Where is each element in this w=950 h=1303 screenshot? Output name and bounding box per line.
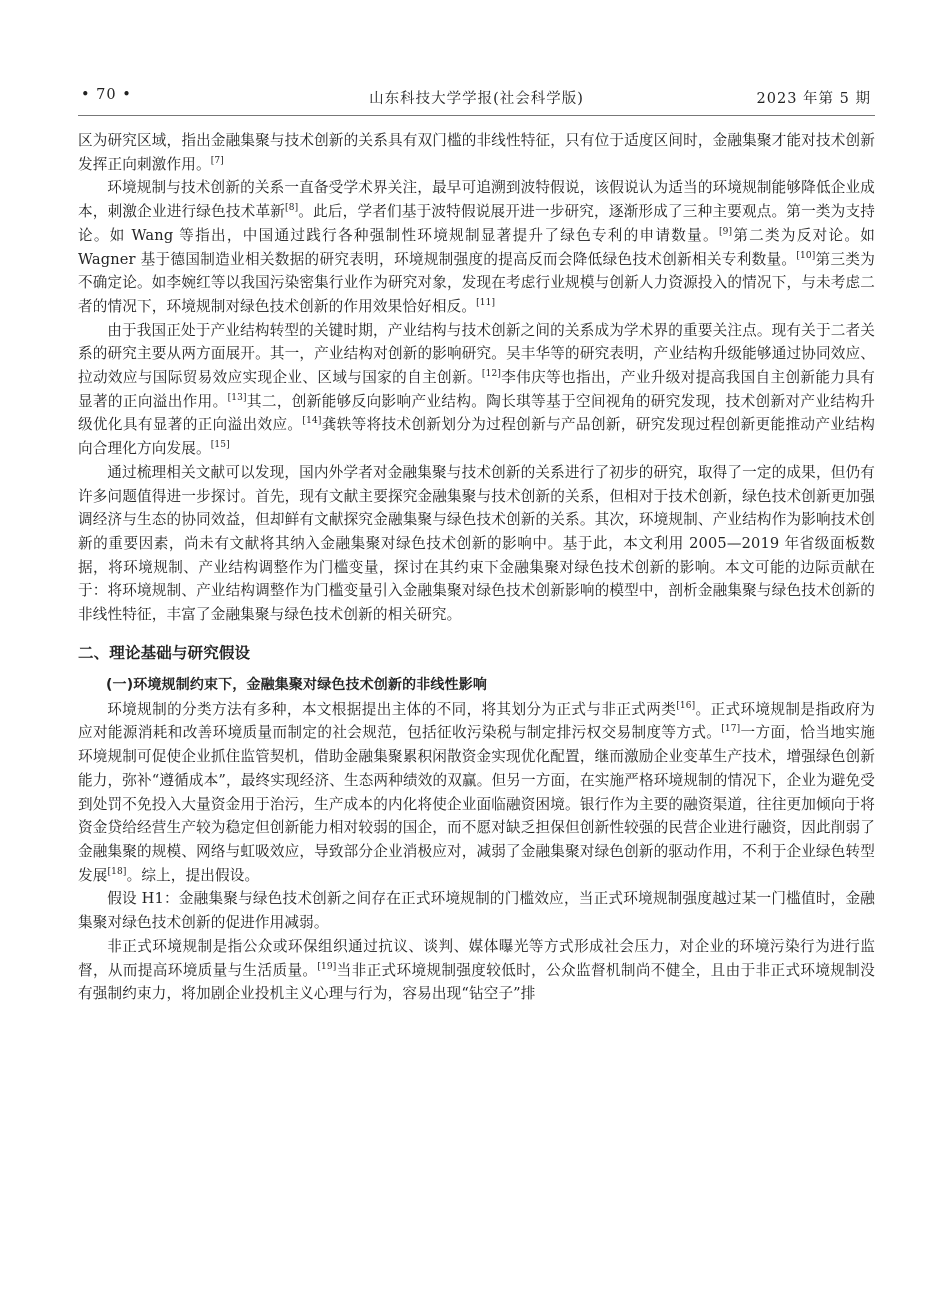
hypothesis-h1: 假设 H1：金融集聚与绿色技术创新之间存在正式环境规制的门槛效应，当正式环境规制… (78, 887, 875, 934)
paragraph-text: 一方面，恰当地实施环境规制可促使企业抓住监管契机，借助金融集聚累积闲散资金实现优… (78, 724, 875, 883)
citation: [13] (228, 393, 247, 403)
citation: [8] (285, 203, 298, 213)
section-heading: 二、理论基础与研究假设 (78, 642, 875, 664)
issue-label: 2023 年第 5 期 (757, 87, 871, 108)
citation: [12] (482, 369, 501, 379)
paragraph-text: 。综上，提出假设。 (127, 867, 260, 884)
citation: [15] (211, 440, 230, 450)
citation: [9] (719, 227, 732, 237)
citation: [14] (302, 416, 321, 426)
paragraph: 非正式环境规制是指公众或环保组织通过抗议、谈判、媒体曝光等方式形成社会压力，对企… (78, 935, 875, 1006)
citation: [10] (796, 251, 815, 261)
header-rule (78, 115, 875, 116)
paragraph-text: 区为研究区域，指出金融集聚与技术创新的关系具有双门槛的非线性特征，只有位于适度区… (78, 132, 875, 173)
article-body: 区为研究区域，指出金融集聚与技术创新的关系具有双门槛的非线性特征，只有位于适度区… (78, 129, 875, 1006)
paragraph: 区为研究区域，指出金融集聚与技术创新的关系具有双门槛的非线性特征，只有位于适度区… (78, 129, 875, 176)
journal-title: 山东科技大学学报(社会科学版) (78, 87, 875, 108)
subsection-heading: (一)环境规制约束下，金融集聚对绿色技术创新的非线性影响 (78, 674, 875, 696)
paragraph: 环境规制的分类方法有多种，本文根据提出主体的不同，将其划分为正式与非正式两类[1… (78, 698, 875, 888)
paragraph: 环境规制与技术创新的关系一直备受学术界关注，最早可追溯到波特假说，该假说认为适当… (78, 176, 875, 318)
citation: [16] (676, 701, 695, 711)
paragraph: 通过梳理相关文献可以发现，国内外学者对金融集聚与技术创新的关系进行了初步的研究，… (78, 461, 875, 627)
citation: [17] (721, 724, 740, 734)
citation: [7] (211, 156, 224, 166)
paragraph: 由于我国正处于产业结构转型的关键时期，产业结构与技术创新之间的关系成为学术界的重… (78, 319, 875, 461)
citation: [11] (476, 298, 495, 308)
citation: [18] (108, 867, 127, 877)
citation: [19] (317, 962, 336, 972)
journal-page: • 70 • 山东科技大学学报(社会科学版) 2023 年第 5 期 区为研究区… (78, 84, 875, 1006)
paragraph-text: 环境规制的分类方法有多种，本文根据提出主体的不同，将其划分为正式与非正式两类 (107, 701, 676, 718)
running-header: • 70 • 山东科技大学学报(社会科学版) 2023 年第 5 期 (78, 84, 875, 108)
